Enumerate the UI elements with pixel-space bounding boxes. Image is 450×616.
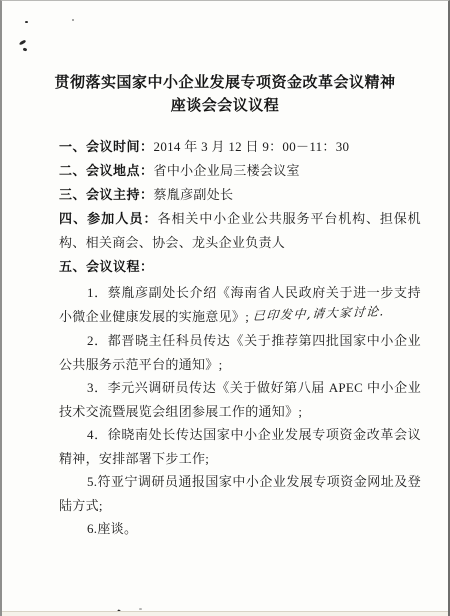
- ink-speck: [23, 47, 28, 51]
- section-value: 2014 年 3 月 12 日 9：00－11：30: [154, 139, 350, 154]
- agenda-number: 3．: [87, 380, 108, 395]
- section-meeting-place: 二、会议地点：省中小企业局三楼会议室: [59, 159, 421, 183]
- agenda-number: 4．: [87, 427, 108, 442]
- agenda-text: 都晋晓主任科员传达《关于推荐第四批国家中小企业公共服务示范平台的通知》;: [59, 333, 421, 372]
- agenda-number: 5.: [87, 474, 97, 489]
- document-body: 一、会议时间：2014 年 3 月 12 日 9：00－11：30 二、会议地点…: [59, 135, 421, 541]
- agenda-item-3: 3．李元兴调研员传达《关于做好第八届 APEC 中小企业技术交流暨展览会组团参展…: [59, 376, 421, 423]
- section-value: 省中小企业局三楼会议室: [154, 163, 300, 178]
- section-label: 三、会议主持：: [59, 187, 154, 202]
- document-title: 贯彻落实国家中小企业发展专项资金改革会议精神 座谈会会议议程: [2, 71, 448, 117]
- agenda-item-2: 2．都晋晓主任科员传达《关于推荐第四批国家中小企业公共服务示范平台的通知》;: [59, 329, 421, 376]
- ink-speck: [19, 40, 27, 46]
- agenda-item-1: 1．蔡胤彦副处长介绍《海南省人民政府关于进一步支持小微企业健康发展的实施意见》;…: [59, 281, 421, 329]
- scan-edge-strip: [2, 611, 448, 616]
- ink-speck: [72, 19, 74, 21]
- ink-speck: [25, 21, 28, 23]
- section-label: 五、会议议程：: [59, 259, 154, 274]
- agenda-text: 符亚宁调研员通报国家中小企业发展专项资金网址及登陆方式;: [59, 474, 421, 513]
- section-agenda-header: 五、会议议程：: [59, 255, 421, 279]
- handwritten-annotation: 已印发中,请大家讨论.: [252, 300, 386, 328]
- agenda-number: 2．: [87, 333, 108, 348]
- agenda-text: 徐晓南处长传达国家中小企业发展专项资金改革会议精神，安排部署下步工作;: [59, 427, 421, 466]
- agenda-number: 6.: [87, 521, 97, 536]
- agenda-item-4: 4．徐晓南处长传达国家中小企业发展专项资金改革会议精神，安排部署下步工作;: [59, 423, 421, 470]
- agenda-text: 李元兴调研员传达《关于做好第八届 APEC 中小企业技术交流暨展览会组团参展工作…: [59, 380, 421, 419]
- section-label: 一、会议时间：: [59, 139, 154, 154]
- title-line-2: 座谈会会议议程: [2, 94, 448, 117]
- title-line-1: 贯彻落实国家中小企业发展专项资金改革会议精神: [2, 71, 448, 94]
- section-meeting-host: 三、会议主持：蔡胤彦副处长: [59, 183, 421, 207]
- scanned-document-page: 贯彻落实国家中小企业发展专项资金改革会议精神 座谈会会议议程 一、会议时间：20…: [0, 0, 450, 616]
- agenda-text: 座谈。: [97, 521, 137, 536]
- section-participants: 四、参加人员：各相关中小企业公共服务平台机构、担保机构、相关商会、协会、龙头企业…: [59, 207, 421, 255]
- section-value: 蔡胤彦副处长: [154, 187, 234, 202]
- section-label: 二、会议地点：: [59, 163, 154, 178]
- ink-speck: [139, 608, 142, 610]
- section-meeting-time: 一、会议时间：2014 年 3 月 12 日 9：00－11：30: [59, 135, 421, 159]
- section-label: 四、参加人员：: [59, 211, 158, 226]
- agenda-item-6: 6.座谈。: [59, 517, 421, 541]
- agenda-item-5: 5.符亚宁调研员通报国家中小企业发展专项资金网址及登陆方式;: [59, 470, 421, 517]
- agenda-number: 1．: [87, 285, 108, 300]
